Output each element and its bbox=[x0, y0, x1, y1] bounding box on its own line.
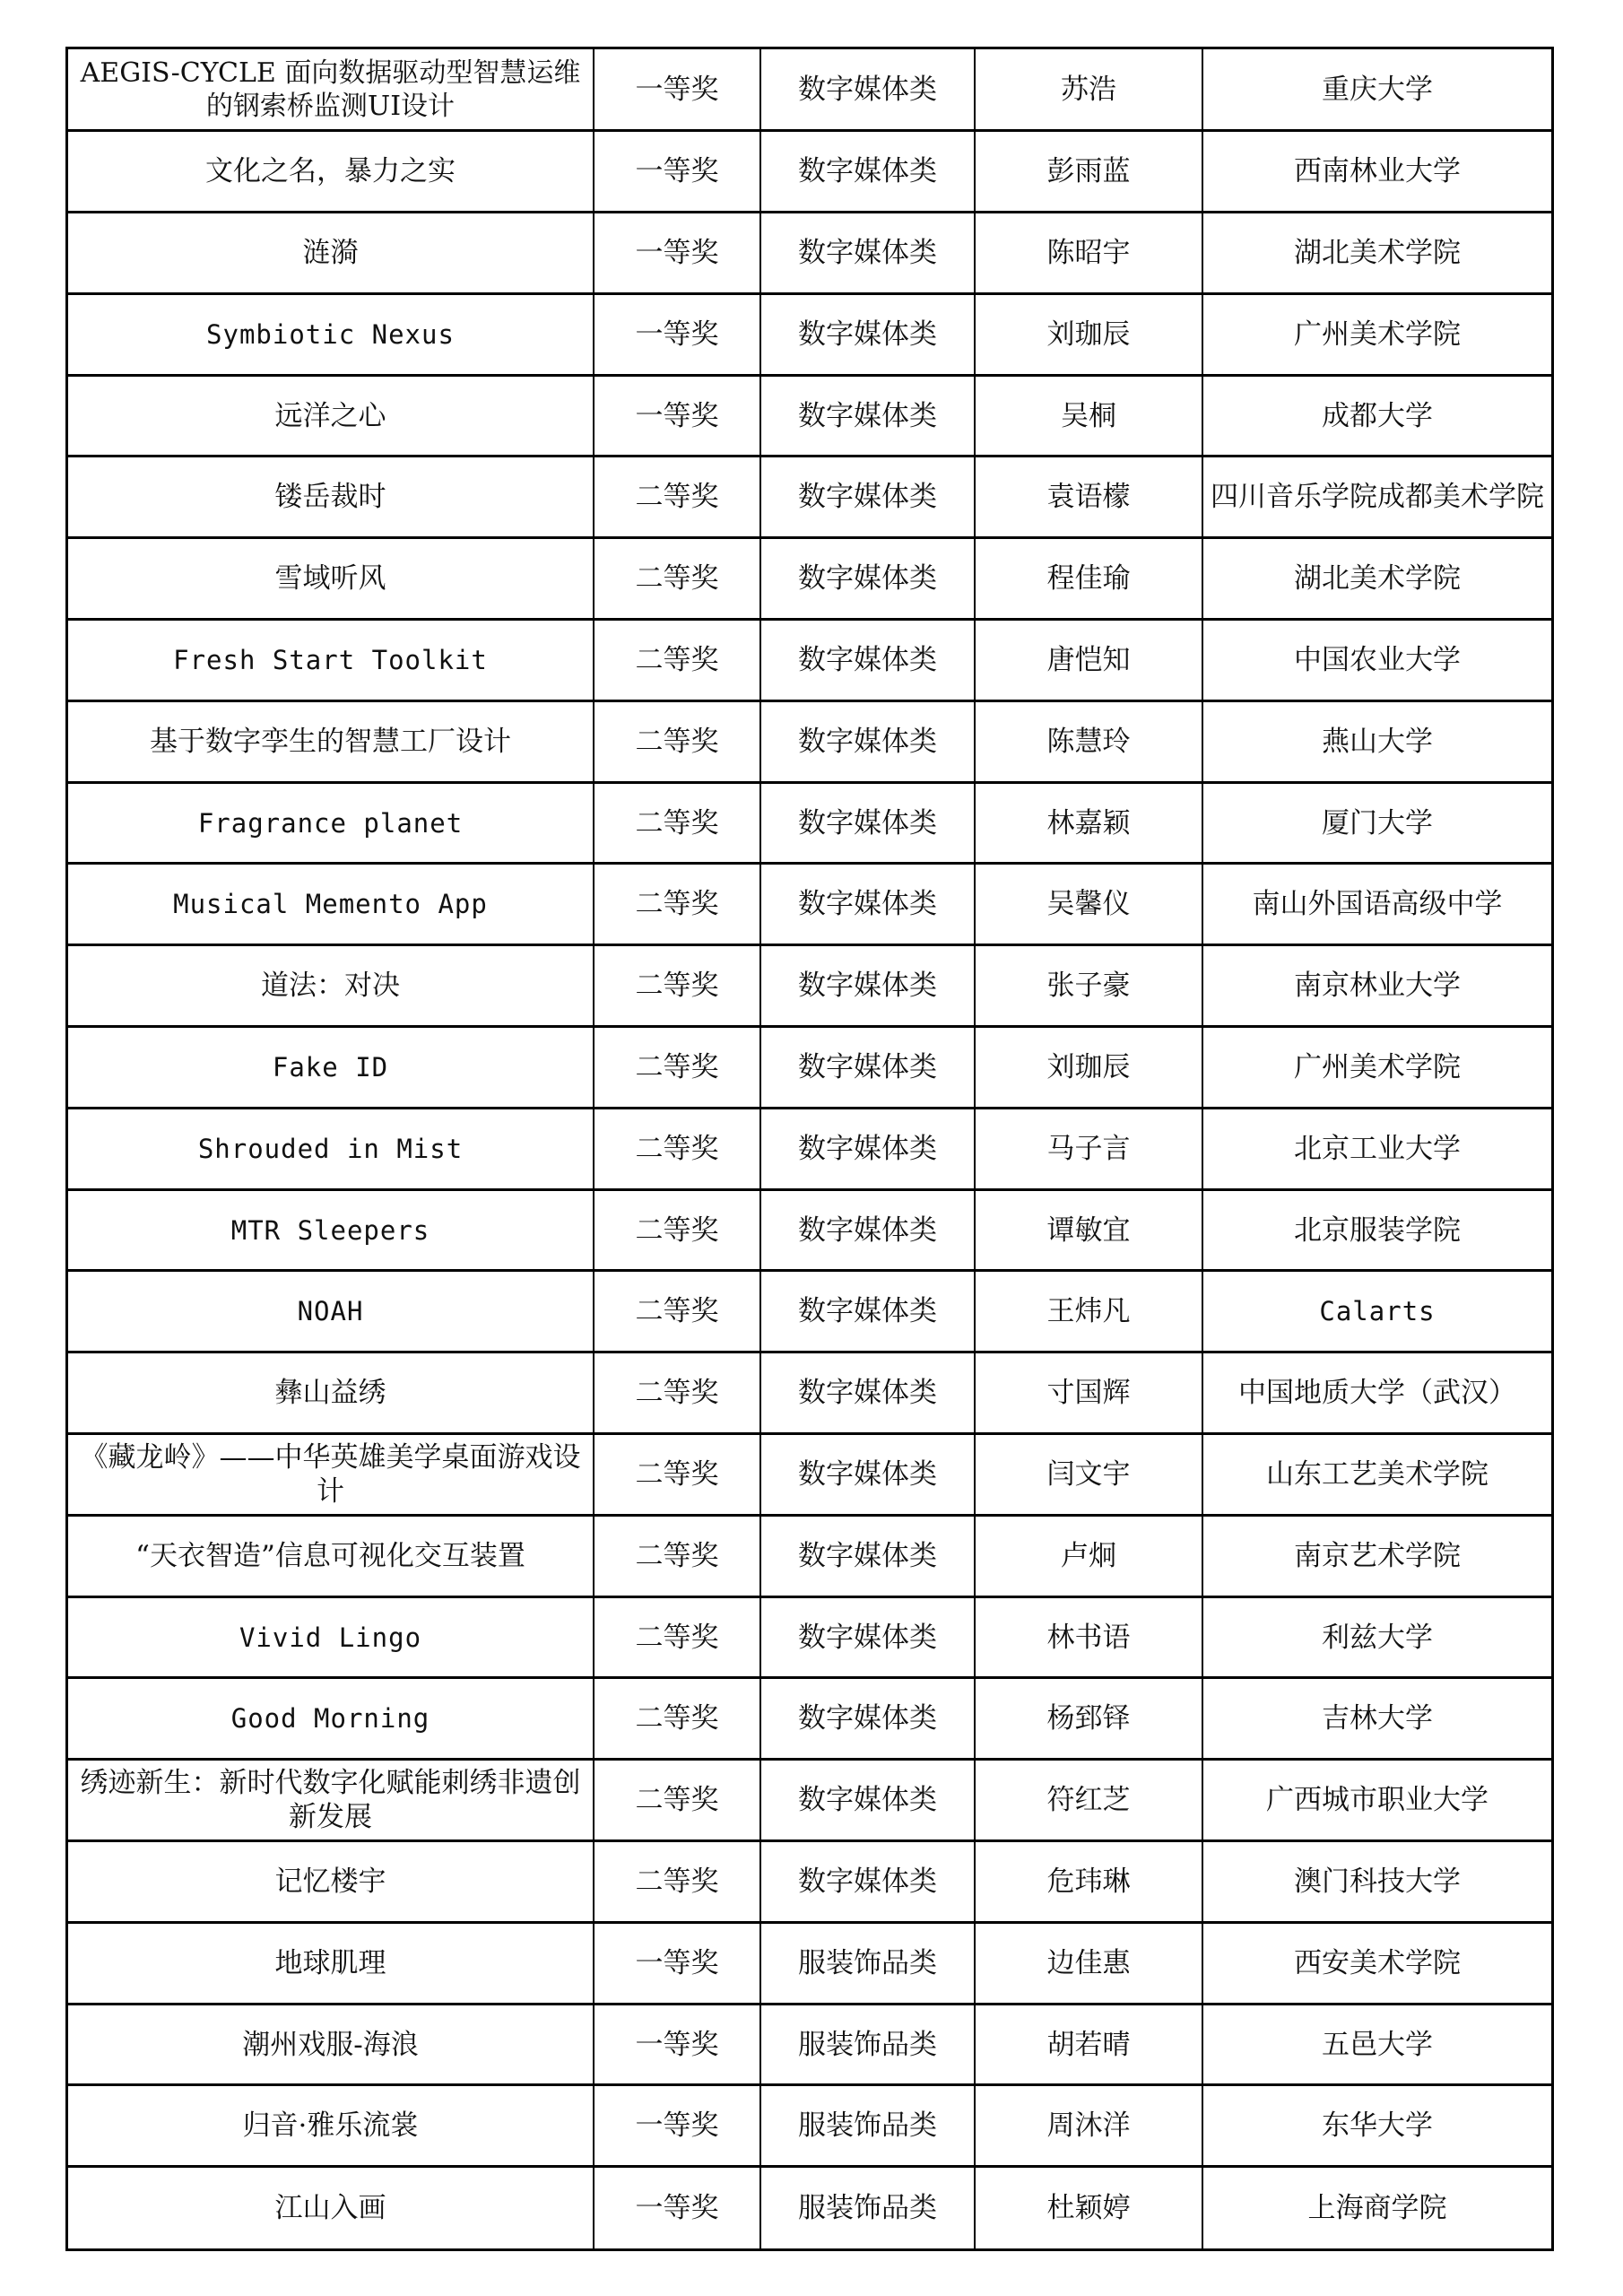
author-cell: 苏浩 bbox=[975, 49, 1202, 131]
work-title-cell: Fake ID bbox=[68, 1027, 594, 1109]
author-cell: 刘珈辰 bbox=[975, 293, 1202, 375]
work-title-cell: 《藏龙岭》——中华英雄美学桌面游戏设计 bbox=[68, 1434, 594, 1516]
table-row: 《藏龙岭》——中华英雄美学桌面游戏设计二等奖数字媒体类闫文宇山东工艺美术学院 bbox=[68, 1434, 1551, 1516]
work-title-cell: 雪域听风 bbox=[68, 538, 594, 620]
table-row: 文化之名，暴力之实一等奖数字媒体类彭雨蓝西南林业大学 bbox=[68, 131, 1551, 213]
school-cell: 广西城市职业大学 bbox=[1202, 1760, 1551, 1841]
author-cell: 吴桐 bbox=[975, 375, 1202, 457]
category-cell: 数字媒体类 bbox=[760, 1678, 975, 1760]
table-row: 绣迹新生：新时代数字化赋能刺绣非遗创新发展二等奖数字媒体类符红芝广西城市职业大学 bbox=[68, 1760, 1551, 1841]
award-level-cell: 二等奖 bbox=[594, 1515, 760, 1596]
category-cell: 数字媒体类 bbox=[760, 864, 975, 945]
category-cell: 数字媒体类 bbox=[760, 1515, 975, 1596]
table-row: 雪域听风二等奖数字媒体类程佳瑜湖北美术学院 bbox=[68, 538, 1551, 620]
author-cell: 谭敏宜 bbox=[975, 1189, 1202, 1271]
table-row: 地球肌理一等奖服装饰品类边佳惠西安美术学院 bbox=[68, 1922, 1551, 2004]
author-cell: 袁语檬 bbox=[975, 457, 1202, 538]
work-title-cell: Vivid Lingo bbox=[68, 1596, 594, 1678]
school-cell: 北京工业大学 bbox=[1202, 1108, 1551, 1189]
award-level-cell: 一等奖 bbox=[594, 131, 760, 213]
award-level-cell: 二等奖 bbox=[594, 1434, 760, 1516]
table-row: 彝山益绣二等奖数字媒体类寸国辉中国地质大学（武汉） bbox=[68, 1352, 1551, 1434]
school-cell: 南京艺术学院 bbox=[1202, 1515, 1551, 1596]
category-cell: 服装饰品类 bbox=[760, 2004, 975, 2085]
author-cell: 杜颖婷 bbox=[975, 2167, 1202, 2248]
author-cell: 闫文宇 bbox=[975, 1434, 1202, 1516]
school-cell: 湖北美术学院 bbox=[1202, 213, 1551, 294]
category-cell: 数字媒体类 bbox=[760, 375, 975, 457]
category-cell: 数字媒体类 bbox=[760, 1352, 975, 1434]
award-level-cell: 二等奖 bbox=[594, 945, 760, 1027]
author-cell: 张子豪 bbox=[975, 945, 1202, 1027]
work-title-cell: 江山入画 bbox=[68, 2167, 594, 2248]
award-level-cell: 一等奖 bbox=[594, 1922, 760, 2004]
award-level-cell: 一等奖 bbox=[594, 293, 760, 375]
category-cell: 服装饰品类 bbox=[760, 2167, 975, 2248]
award-level-cell: 二等奖 bbox=[594, 620, 760, 701]
award-level-cell: 二等奖 bbox=[594, 1189, 760, 1271]
awards-table-container: AEGIS-CYCLE 面向数据驱动型智慧运维的钢索桥监测UI设计一等奖数字媒体… bbox=[65, 47, 1554, 2251]
award-level-cell: 二等奖 bbox=[594, 1596, 760, 1678]
work-title-cell: Musical Memento App bbox=[68, 864, 594, 945]
category-cell: 数字媒体类 bbox=[760, 1434, 975, 1516]
awards-table-body: AEGIS-CYCLE 面向数据驱动型智慧运维的钢索桥监测UI设计一等奖数字媒体… bbox=[68, 49, 1551, 2248]
school-cell: 南山外国语高级中学 bbox=[1202, 864, 1551, 945]
table-row: AEGIS-CYCLE 面向数据驱动型智慧运维的钢索桥监测UI设计一等奖数字媒体… bbox=[68, 49, 1551, 131]
school-cell: 五邑大学 bbox=[1202, 2004, 1551, 2085]
category-cell: 数字媒体类 bbox=[760, 293, 975, 375]
school-cell: 中国地质大学（武汉） bbox=[1202, 1352, 1551, 1434]
work-title-cell: AEGIS-CYCLE 面向数据驱动型智慧运维的钢索桥监测UI设计 bbox=[68, 49, 594, 131]
school-cell: 澳门科技大学 bbox=[1202, 1841, 1551, 1923]
work-title-cell: 归音·雅乐流裳 bbox=[68, 2085, 594, 2167]
work-title-cell: Fresh Start Toolkit bbox=[68, 620, 594, 701]
category-cell: 数字媒体类 bbox=[760, 945, 975, 1027]
table-row: 归音·雅乐流裳一等奖服装饰品类周沐洋东华大学 bbox=[68, 2085, 1551, 2167]
award-level-cell: 二等奖 bbox=[594, 1678, 760, 1760]
category-cell: 数字媒体类 bbox=[760, 700, 975, 782]
author-cell: 胡若晴 bbox=[975, 2004, 1202, 2085]
table-row: Musical Memento App二等奖数字媒体类吴馨仪南山外国语高级中学 bbox=[68, 864, 1551, 945]
table-row: Fragrance planet二等奖数字媒体类林嘉颖厦门大学 bbox=[68, 782, 1551, 864]
author-cell: 寸国辉 bbox=[975, 1352, 1202, 1434]
category-cell: 数字媒体类 bbox=[760, 1760, 975, 1841]
school-cell: 广州美术学院 bbox=[1202, 293, 1551, 375]
table-row: Symbiotic Nexus一等奖数字媒体类刘珈辰广州美术学院 bbox=[68, 293, 1551, 375]
category-cell: 数字媒体类 bbox=[760, 49, 975, 131]
author-cell: 周沐洋 bbox=[975, 2085, 1202, 2167]
author-cell: 程佳瑜 bbox=[975, 538, 1202, 620]
school-cell: 成都大学 bbox=[1202, 375, 1551, 457]
school-cell: 北京服装学院 bbox=[1202, 1189, 1551, 1271]
table-row: NOAH二等奖数字媒体类王炜凡Calarts bbox=[68, 1271, 1551, 1352]
work-title-cell: 彝山益绣 bbox=[68, 1352, 594, 1434]
category-cell: 服装饰品类 bbox=[760, 1922, 975, 2004]
award-level-cell: 二等奖 bbox=[594, 700, 760, 782]
award-level-cell: 二等奖 bbox=[594, 782, 760, 864]
table-row: “天衣智造”信息可视化交互装置二等奖数字媒体类卢炯南京艺术学院 bbox=[68, 1515, 1551, 1596]
table-row: Good Morning二等奖数字媒体类杨郅铎吉林大学 bbox=[68, 1678, 1551, 1760]
table-row: 基于数字孪生的智慧工厂设计二等奖数字媒体类陈慧玲燕山大学 bbox=[68, 700, 1551, 782]
school-cell: 吉林大学 bbox=[1202, 1678, 1551, 1760]
author-cell: 林嘉颖 bbox=[975, 782, 1202, 864]
awards-table: AEGIS-CYCLE 面向数据驱动型智慧运维的钢索桥监测UI设计一等奖数字媒体… bbox=[68, 49, 1551, 2248]
school-cell: 四川音乐学院成都美术学院 bbox=[1202, 457, 1551, 538]
table-row: Vivid Lingo二等奖数字媒体类林书语利兹大学 bbox=[68, 1596, 1551, 1678]
work-title-cell: Fragrance planet bbox=[68, 782, 594, 864]
award-level-cell: 二等奖 bbox=[594, 457, 760, 538]
work-title-cell: 绣迹新生：新时代数字化赋能刺绣非遗创新发展 bbox=[68, 1760, 594, 1841]
author-cell: 陈慧玲 bbox=[975, 700, 1202, 782]
award-level-cell: 一等奖 bbox=[594, 2004, 760, 2085]
author-cell: 唐恺知 bbox=[975, 620, 1202, 701]
table-row: Fresh Start Toolkit二等奖数字媒体类唐恺知中国农业大学 bbox=[68, 620, 1551, 701]
category-cell: 数字媒体类 bbox=[760, 131, 975, 213]
category-cell: 数字媒体类 bbox=[760, 1189, 975, 1271]
work-title-cell: Symbiotic Nexus bbox=[68, 293, 594, 375]
school-cell: 西南林业大学 bbox=[1202, 131, 1551, 213]
author-cell: 彭雨蓝 bbox=[975, 131, 1202, 213]
award-level-cell: 二等奖 bbox=[594, 538, 760, 620]
category-cell: 数字媒体类 bbox=[760, 782, 975, 864]
school-cell: Calarts bbox=[1202, 1271, 1551, 1352]
award-level-cell: 二等奖 bbox=[594, 1027, 760, 1109]
award-level-cell: 二等奖 bbox=[594, 1108, 760, 1189]
work-title-cell: 记忆楼宇 bbox=[68, 1841, 594, 1923]
category-cell: 数字媒体类 bbox=[760, 620, 975, 701]
award-level-cell: 二等奖 bbox=[594, 1271, 760, 1352]
table-row: MTR Sleepers二等奖数字媒体类谭敏宜北京服装学院 bbox=[68, 1189, 1551, 1271]
award-level-cell: 一等奖 bbox=[594, 2085, 760, 2167]
table-row: Fake ID二等奖数字媒体类刘珈辰广州美术学院 bbox=[68, 1027, 1551, 1109]
category-cell: 数字媒体类 bbox=[760, 1271, 975, 1352]
work-title-cell: Good Morning bbox=[68, 1678, 594, 1760]
category-cell: 数字媒体类 bbox=[760, 1596, 975, 1678]
school-cell: 湖北美术学院 bbox=[1202, 538, 1551, 620]
school-cell: 广州美术学院 bbox=[1202, 1027, 1551, 1109]
award-level-cell: 一等奖 bbox=[594, 375, 760, 457]
category-cell: 数字媒体类 bbox=[760, 213, 975, 294]
school-cell: 重庆大学 bbox=[1202, 49, 1551, 131]
school-cell: 东华大学 bbox=[1202, 2085, 1551, 2167]
category-cell: 服装饰品类 bbox=[760, 2085, 975, 2167]
author-cell: 马子言 bbox=[975, 1108, 1202, 1189]
table-row: 潮州戏服-海浪一等奖服装饰品类胡若晴五邑大学 bbox=[68, 2004, 1551, 2085]
author-cell: 危玮琳 bbox=[975, 1841, 1202, 1923]
author-cell: 边佳惠 bbox=[975, 1922, 1202, 2004]
table-row: 道法：对决二等奖数字媒体类张子豪南京林业大学 bbox=[68, 945, 1551, 1027]
work-title-cell: 涟漪 bbox=[68, 213, 594, 294]
table-row: 涟漪一等奖数字媒体类陈昭宇湖北美术学院 bbox=[68, 213, 1551, 294]
award-level-cell: 一等奖 bbox=[594, 49, 760, 131]
author-cell: 林书语 bbox=[975, 1596, 1202, 1678]
category-cell: 数字媒体类 bbox=[760, 1108, 975, 1189]
author-cell: 刘珈辰 bbox=[975, 1027, 1202, 1109]
author-cell: 卢炯 bbox=[975, 1515, 1202, 1596]
award-level-cell: 一等奖 bbox=[594, 2167, 760, 2248]
work-title-cell: 地球肌理 bbox=[68, 1922, 594, 2004]
school-cell: 利兹大学 bbox=[1202, 1596, 1551, 1678]
category-cell: 数字媒体类 bbox=[760, 457, 975, 538]
category-cell: 数字媒体类 bbox=[760, 1027, 975, 1109]
work-title-cell: 道法：对决 bbox=[68, 945, 594, 1027]
work-title-cell: 潮州戏服-海浪 bbox=[68, 2004, 594, 2085]
table-row: Shrouded in Mist二等奖数字媒体类马子言北京工业大学 bbox=[68, 1108, 1551, 1189]
work-title-cell: 基于数字孪生的智慧工厂设计 bbox=[68, 700, 594, 782]
award-level-cell: 二等奖 bbox=[594, 1352, 760, 1434]
author-cell: 王炜凡 bbox=[975, 1271, 1202, 1352]
school-cell: 西安美术学院 bbox=[1202, 1922, 1551, 2004]
award-level-cell: 二等奖 bbox=[594, 1841, 760, 1923]
work-title-cell: 镂岳裁时 bbox=[68, 457, 594, 538]
work-title-cell: 文化之名，暴力之实 bbox=[68, 131, 594, 213]
author-cell: 陈昭宇 bbox=[975, 213, 1202, 294]
category-cell: 数字媒体类 bbox=[760, 1841, 975, 1923]
table-row: 远洋之心一等奖数字媒体类吴桐成都大学 bbox=[68, 375, 1551, 457]
school-cell: 中国农业大学 bbox=[1202, 620, 1551, 701]
work-title-cell: NOAH bbox=[68, 1271, 594, 1352]
work-title-cell: MTR Sleepers bbox=[68, 1189, 594, 1271]
school-cell: 燕山大学 bbox=[1202, 700, 1551, 782]
author-cell: 符红芝 bbox=[975, 1760, 1202, 1841]
table-row: 记忆楼宇二等奖数字媒体类危玮琳澳门科技大学 bbox=[68, 1841, 1551, 1923]
work-title-cell: “天衣智造”信息可视化交互装置 bbox=[68, 1515, 594, 1596]
category-cell: 数字媒体类 bbox=[760, 538, 975, 620]
table-row: 镂岳裁时二等奖数字媒体类袁语檬四川音乐学院成都美术学院 bbox=[68, 457, 1551, 538]
school-cell: 南京林业大学 bbox=[1202, 945, 1551, 1027]
award-level-cell: 二等奖 bbox=[594, 864, 760, 945]
school-cell: 山东工艺美术学院 bbox=[1202, 1434, 1551, 1516]
award-level-cell: 二等奖 bbox=[594, 1760, 760, 1841]
school-cell: 厦门大学 bbox=[1202, 782, 1551, 864]
table-row: 江山入画一等奖服装饰品类杜颖婷上海商学院 bbox=[68, 2167, 1551, 2248]
work-title-cell: Shrouded in Mist bbox=[68, 1108, 594, 1189]
author-cell: 吴馨仪 bbox=[975, 864, 1202, 945]
award-level-cell: 一等奖 bbox=[594, 213, 760, 294]
author-cell: 杨郅铎 bbox=[975, 1678, 1202, 1760]
school-cell: 上海商学院 bbox=[1202, 2167, 1551, 2248]
work-title-cell: 远洋之心 bbox=[68, 375, 594, 457]
